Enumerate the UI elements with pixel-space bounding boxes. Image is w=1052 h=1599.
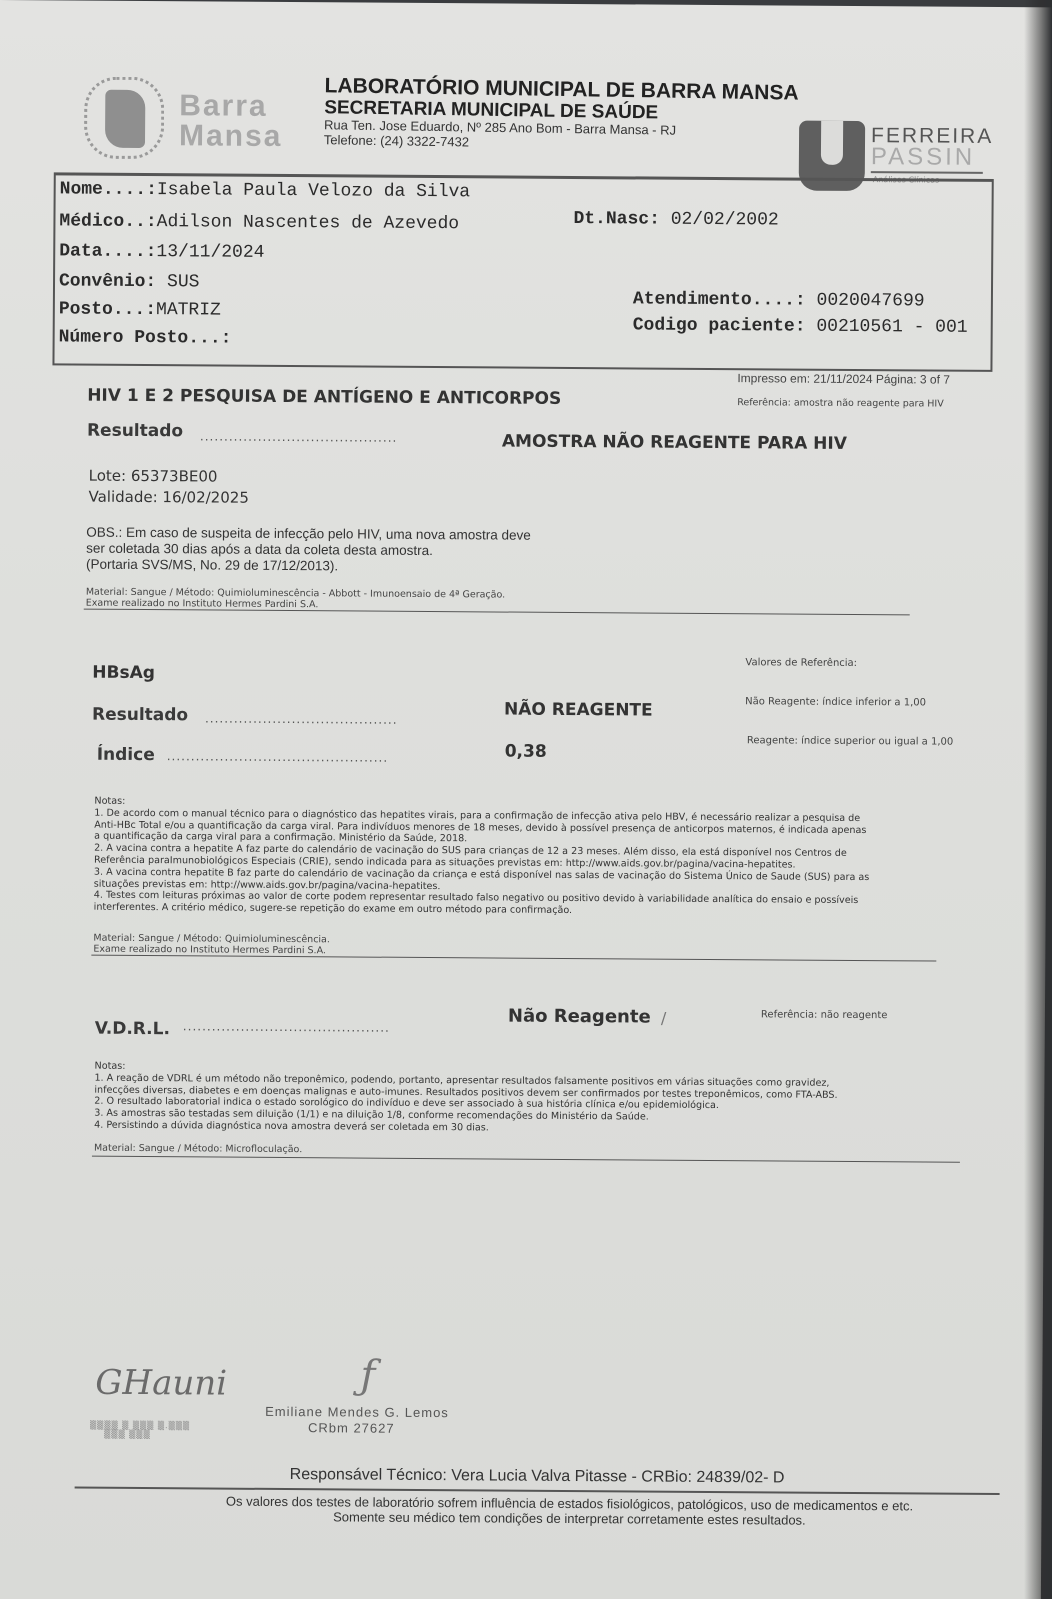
field-dtnasc: Dt.Nasc: 02/02/2002	[573, 209, 778, 230]
logo-text-line2: Mansa	[179, 121, 283, 152]
hiv-reference: Referência: amostra não reagente para HI…	[737, 397, 944, 409]
background-edge	[1024, 0, 1052, 1599]
hiv-result-label: Resultado	[87, 421, 183, 442]
divider	[92, 1156, 960, 1163]
field-medico: Médico..:Adilson Nascentes de Azevedo	[59, 211, 459, 234]
vdrl-result: Não Reagente	[508, 1006, 651, 1028]
hbsag-notes: Notas: 1. De acordo com o manual técnico…	[94, 796, 975, 920]
hbsag-ref-nao-reagente: Não Reagente: índice inferior a 1,00	[745, 696, 926, 708]
field-posto: Posto...:MATRIZ	[59, 299, 221, 320]
field-atendimento: Atendimento....: 0020047699	[633, 289, 925, 311]
dot-leader: ........................................…	[183, 1019, 390, 1034]
hiv-validade: Validade: 16/02/2025	[88, 488, 248, 507]
signature-2-mark: ƒ	[360, 1353, 375, 1399]
signature-1: GHauni	[95, 1363, 227, 1404]
hbsag-result: NÃO REAGENTE	[504, 700, 653, 721]
field-data: Data....:13/11/2024	[59, 241, 264, 262]
vdrl-notes: Notas: 1. A reação de VDRL é um método n…	[94, 1061, 974, 1138]
checkmark-icon: /	[661, 1009, 667, 1028]
hbsag-ref-reagente: Reagente: índice superior ou igual a 1,0…	[747, 735, 953, 747]
dot-leader: ........................................…	[167, 749, 389, 765]
field-codigo-paciente: Codigo paciente: 00210561 - 001	[633, 315, 968, 337]
hbsag-index-label: Índice	[97, 745, 155, 765]
hiv-lote: Lote: 65373BE00	[89, 467, 218, 486]
signature-2-reg: CRbm 27627	[308, 1420, 395, 1436]
dot-leader: ........................................…	[200, 429, 397, 444]
hbsag-ref-title: Valores de Referência:	[745, 657, 857, 669]
city-emblem-icon	[84, 77, 165, 160]
logo-rule	[871, 171, 983, 174]
responsavel-tecnico: Responsável Técnico: Vera Lucia Valva Pi…	[290, 1466, 785, 1487]
lab-report-page: Barra Mansa LABORATÓRIO MUNICIPAL DE BAR…	[0, 0, 1052, 1599]
vdrl-title: V.D.R.L.	[95, 1019, 170, 1040]
vdrl-material: Material: Sangue / Método: Microfloculaç…	[94, 1143, 302, 1155]
printed-info: Impresso em: 21/11/2024 Página: 3 of 7	[737, 371, 950, 386]
hbsag-index: 0,38	[505, 742, 547, 762]
hiv-material: Material: Sangue / Método: Quimiolumines…	[86, 587, 505, 612]
logo-passin: PASSIN	[871, 143, 975, 172]
patient-info-box: Nome....:Isabela Paula Velozo da Silva D…	[52, 172, 993, 372]
signature-2-name: Emiliane Mendes G. Lemos	[265, 1404, 449, 1420]
divider	[91, 955, 936, 962]
field-convenio: Convênio: SUS	[59, 271, 200, 292]
hiv-obs: OBS.: Em caso de suspeita de infecção pe…	[86, 525, 531, 576]
field-nome: Nome....:Isabela Paula Velozo da Silva	[60, 179, 471, 202]
barra-mansa-logo: Barra Mansa	[84, 73, 315, 170]
lab-header: LABORATÓRIO MUNICIPAL DE BARRA MANSA SEC…	[324, 74, 799, 154]
hbsag-title: HBsAg	[92, 663, 155, 683]
hiv-title: HIV 1 E 2 PESQUISA DE ANTÍGENO E ANTICOR…	[87, 386, 561, 409]
logo-text-line1: Barra	[179, 91, 283, 122]
hbsag-result-label: Resultado	[92, 705, 188, 726]
vdrl-reference: Referência: não reagente	[761, 1009, 888, 1021]
hiv-result: AMOSTRA NÃO REAGENTE PARA HIV	[502, 432, 847, 454]
disclaimer: Os valores dos testes de laboratório sof…	[169, 1493, 969, 1529]
dot-leader: ........................................	[205, 711, 398, 726]
field-numero-posto: Número Posto...:	[59, 327, 232, 348]
signature-1-stamp: ▒▒▒▒ ▒ ▒▒▒ ▒.▒▒▒ ▒▒▒ ▒▒▒	[90, 1421, 190, 1440]
hbsag-material: Material: Sangue / Método: Quimiolumines…	[93, 933, 330, 957]
